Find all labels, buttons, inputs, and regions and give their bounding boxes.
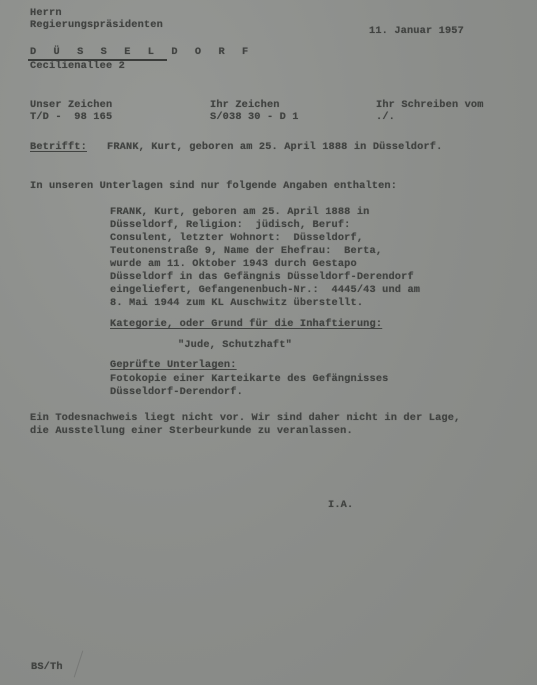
details-line: Teutonenstraße 9, Name der Ehefrau: Bert… bbox=[110, 246, 382, 257]
our-reference-value: T/D - 98 165 bbox=[30, 112, 112, 123]
sources-line: Düsseldorf-Derendorf. bbox=[110, 387, 243, 398]
subject-text: FRANK, Kurt, geboren am 25. April 1888 i… bbox=[107, 142, 442, 153]
our-reference-label: Unser Zeichen bbox=[30, 100, 112, 111]
your-letter-label: Ihr Schreiben vom bbox=[376, 100, 484, 111]
your-letter-value: ./. bbox=[376, 112, 395, 123]
letter-date: 11. Januar 1957 bbox=[369, 26, 464, 37]
details-line: Consulent, letzter Wohnort: Düsseldorf, bbox=[110, 233, 363, 244]
sources-label: Geprüfte Unterlagen: bbox=[110, 360, 237, 371]
typist-initials: BS/Th bbox=[31, 662, 63, 673]
details-line: FRANK, Kurt, geboren am 25. April 1888 i… bbox=[110, 207, 370, 218]
recipient-salutation: Herrn bbox=[30, 8, 62, 19]
sources-line: Fotokopie einer Karteikarte des Gefängni… bbox=[110, 374, 388, 385]
your-reference-label: Ihr Zeichen bbox=[210, 100, 280, 111]
details-line: 8. Mai 1944 zum KL Auschwitz überstellt. bbox=[110, 298, 363, 309]
recipient-street: Cecilienallee 2 bbox=[30, 61, 125, 72]
pen-mark bbox=[74, 651, 84, 678]
closing-line: Ein Todesnachweis liegt nicht vor. Wir s… bbox=[30, 413, 460, 424]
subject-label: Betrifft: bbox=[30, 142, 87, 153]
details-line: Düsseldorf, Religion: jüdisch, Beruf: bbox=[110, 220, 351, 231]
details-line: wurde am 11. Oktober 1943 durch Gestapo bbox=[110, 259, 357, 270]
closing-line: die Ausstellung einer Sterbeurkunde zu v… bbox=[30, 426, 353, 437]
details-line: Düsseldorf in das Gefängnis Düsseldorf-D… bbox=[110, 272, 414, 283]
category-label: Kategorie, oder Grund für die Inhaftieru… bbox=[110, 319, 382, 330]
recipient-city: D Ü S S E L D O R F bbox=[30, 47, 254, 58]
your-reference-value: S/038 30 - D 1 bbox=[210, 112, 299, 123]
recipient-title: Regierungspräsidenten bbox=[30, 20, 163, 31]
details-line: eingeliefert, Gefangenenbuch-Nr.: 4445/4… bbox=[110, 285, 420, 296]
intro-text: In unseren Unterlagen sind nur folgende … bbox=[30, 181, 397, 192]
signature-ia: I.A. bbox=[328, 500, 353, 511]
letter-page: Herrn Regierungspräsidenten D Ü S S E L … bbox=[0, 0, 537, 685]
category-value: "Jude, Schutzhaft" bbox=[178, 340, 292, 351]
